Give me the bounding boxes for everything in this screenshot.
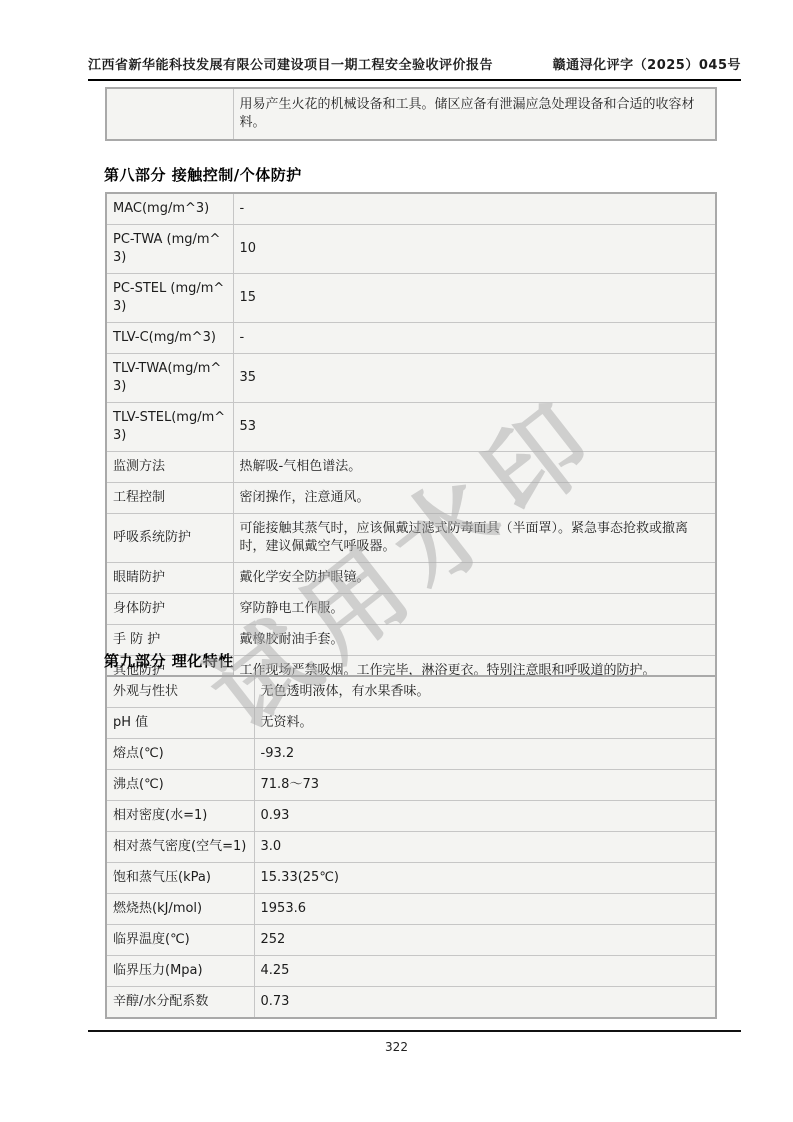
table-row: 眼睛防护戴化学安全防护眼镜。 [106, 563, 716, 594]
row-value: 无色透明液体，有水果香味。 [254, 676, 716, 708]
row-label: TLV-STEL(mg/m^3) [106, 403, 233, 452]
row-label: 监测方法 [106, 452, 233, 483]
section9-table: 外观与性状无色透明液体，有水果香味。pH 值无资料。熔点(℃)-93.2沸点(℃… [105, 675, 717, 1019]
table-row: 身体防护穿防静电工作服。 [106, 594, 716, 625]
row-label: 临界温度(℃) [106, 925, 254, 956]
row-label: 临界压力(Mpa) [106, 956, 254, 987]
section8-table: MAC(mg/m^3)-PC-TWA (mg/m^3)10PC-STEL (mg… [105, 192, 717, 688]
row-value: 穿防静电工作服。 [233, 594, 716, 625]
row-label: TLV-TWA(mg/m^3) [106, 354, 233, 403]
page-number: 322 [0, 1040, 793, 1054]
row-label: 身体防护 [106, 594, 233, 625]
table-row: TLV-TWA(mg/m^3)35 [106, 354, 716, 403]
row-label: 辛醇/水分配系数 [106, 987, 254, 1019]
table-row: 临界温度(℃)252 [106, 925, 716, 956]
section9-heading: 第九部分 理化特性 [104, 650, 234, 671]
row-value: 15 [233, 274, 716, 323]
row-value: 热解吸-气相色谱法。 [233, 452, 716, 483]
table-row: TLV-C(mg/m^3)- [106, 323, 716, 354]
row-value: 戴化学安全防护眼镜。 [233, 563, 716, 594]
header-report-title: 江西省新华能科技发展有限公司建设项目一期工程安全验收评价报告 [88, 54, 493, 73]
row-label: 呼吸系统防护 [106, 514, 233, 563]
table-row: 呼吸系统防护可能接触其蒸气时，应该佩戴过滤式防毒面具（半面罩）。紧急事态抢救或撤… [106, 514, 716, 563]
row-label: 沸点(℃) [106, 770, 254, 801]
row-value: 4.25 [254, 956, 716, 987]
table-row: 沸点(℃)71.8～73 [106, 770, 716, 801]
table-row: pH 值无资料。 [106, 708, 716, 739]
row-value: -93.2 [254, 739, 716, 770]
row-value: 戴橡胶耐油手套。 [233, 625, 716, 656]
row-value: - [233, 193, 716, 225]
page-header: 江西省新华能科技发展有限公司建设项目一期工程安全验收评价报告 赣通浔化评字（20… [88, 54, 741, 81]
row-label: pH 值 [106, 708, 254, 739]
table-row: 临界压力(Mpa)4.25 [106, 956, 716, 987]
section8-heading: 第八部分 接触控制/个体防护 [104, 164, 302, 185]
row-label: 外观与性状 [106, 676, 254, 708]
row-label [106, 88, 233, 140]
row-label: PC-STEL (mg/m^3) [106, 274, 233, 323]
footer-rule [88, 1030, 741, 1032]
document-page: 江西省新华能科技发展有限公司建设项目一期工程安全验收评价报告 赣通浔化评字（20… [0, 0, 793, 1122]
table-row: PC-TWA (mg/m^3)10 [106, 225, 716, 274]
row-label: 相对密度(水=1) [106, 801, 254, 832]
row-value: 71.8～73 [254, 770, 716, 801]
table-continuation: 用易产生火花的机械设备和工具。储区应备有泄漏应急处理设备和合适的收容材料。 [105, 87, 717, 141]
row-label: MAC(mg/m^3) [106, 193, 233, 225]
header-doc-number: 赣通浔化评字（2025）045号 [553, 54, 741, 73]
table-row: 相对蒸气密度(空气=1)3.0 [106, 832, 716, 863]
row-label: 燃烧热(kJ/mol) [106, 894, 254, 925]
row-value: 密闭操作，注意通风。 [233, 483, 716, 514]
table-row: 监测方法热解吸-气相色谱法。 [106, 452, 716, 483]
table-row: 用易产生火花的机械设备和工具。储区应备有泄漏应急处理设备和合适的收容材料。 [106, 88, 716, 140]
table-row: 相对密度(水=1)0.93 [106, 801, 716, 832]
table-row: 工程控制密闭操作，注意通风。 [106, 483, 716, 514]
table-row: MAC(mg/m^3)- [106, 193, 716, 225]
row-label: 熔点(℃) [106, 739, 254, 770]
table-row: 辛醇/水分配系数0.73 [106, 987, 716, 1019]
table-row: PC-STEL (mg/m^3)15 [106, 274, 716, 323]
table-row: 燃烧热(kJ/mol)1953.6 [106, 894, 716, 925]
row-value: 1953.6 [254, 894, 716, 925]
row-label: 饱和蒸气压(kPa) [106, 863, 254, 894]
row-label: 眼睛防护 [106, 563, 233, 594]
row-value: 无资料。 [254, 708, 716, 739]
row-label: 相对蒸气密度(空气=1) [106, 832, 254, 863]
table-row: 熔点(℃)-93.2 [106, 739, 716, 770]
row-value: 252 [254, 925, 716, 956]
continuation-table: 用易产生火花的机械设备和工具。储区应备有泄漏应急处理设备和合适的收容材料。 [105, 87, 717, 141]
row-label: TLV-C(mg/m^3) [106, 323, 233, 354]
row-label: 工程控制 [106, 483, 233, 514]
row-value: - [233, 323, 716, 354]
row-value: 35 [233, 354, 716, 403]
row-value: 可能接触其蒸气时，应该佩戴过滤式防毒面具（半面罩）。紧急事态抢救或撤离时，建议佩… [233, 514, 716, 563]
row-value: 15.33(25℃) [254, 863, 716, 894]
row-value: 53 [233, 403, 716, 452]
section8-table-wrap: MAC(mg/m^3)-PC-TWA (mg/m^3)10PC-STEL (mg… [105, 192, 717, 688]
table-row: 外观与性状无色透明液体，有水果香味。 [106, 676, 716, 708]
row-value: 0.73 [254, 987, 716, 1019]
row-value: 10 [233, 225, 716, 274]
table-row: TLV-STEL(mg/m^3)53 [106, 403, 716, 452]
row-value: 用易产生火花的机械设备和工具。储区应备有泄漏应急处理设备和合适的收容材料。 [233, 88, 716, 140]
row-label: PC-TWA (mg/m^3) [106, 225, 233, 274]
section9-table-wrap: 外观与性状无色透明液体，有水果香味。pH 值无资料。熔点(℃)-93.2沸点(℃… [105, 675, 717, 1019]
row-value: 3.0 [254, 832, 716, 863]
table-row: 饱和蒸气压(kPa)15.33(25℃) [106, 863, 716, 894]
row-value: 0.93 [254, 801, 716, 832]
